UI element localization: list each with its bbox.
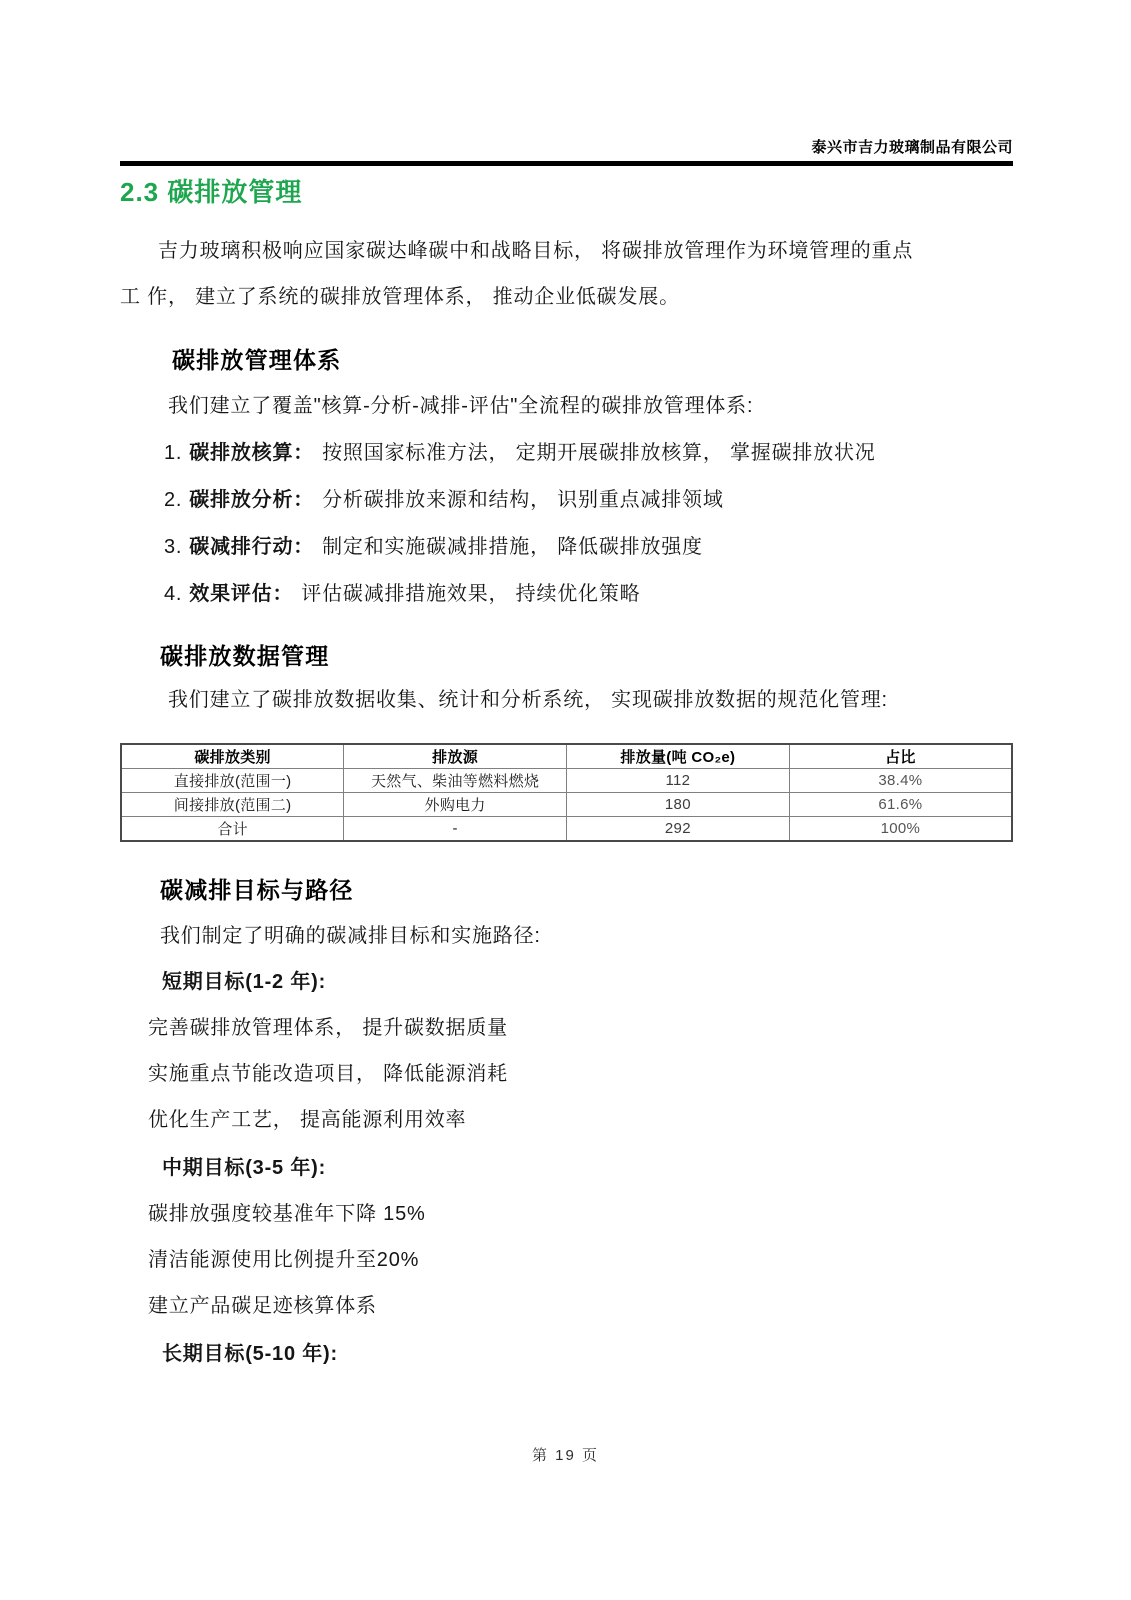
document-header: 泰兴市吉力玻璃制品有限公司 xyxy=(120,0,1013,166)
list-item-label: 碳减排行动 xyxy=(189,536,293,558)
goal-line: 完善碳排放管理体系， 提升碳数据质量 xyxy=(120,1016,1013,1040)
list-item: 4.效果评估：评估碳减排措施效果， 持续优化策略 xyxy=(120,582,1013,606)
table-header-row: 碳排放类别 排放源 排放量(吨 CO₂e) 占比 xyxy=(121,744,1012,769)
list-item-label: 碳排放分析 xyxy=(189,489,293,511)
emissions-table-body: 直接排放(范围一) 天然气、柴油等燃料燃烧 112 38.4% 间接排放(范围二… xyxy=(121,769,1012,842)
table-header-cell: 排放源 xyxy=(344,744,567,769)
section-heading-reduction-targets: 碳减排目标与路径 xyxy=(120,876,1013,904)
list-item: 2.碳排放分析：分析碳排放来源和结构， 识别重点减排领域 xyxy=(120,488,1013,512)
intro-paragraph: 吉力玻璃积极响应国家碳达峰碳中和战略目标， 将碳排放管理作为环境管理的重点 工 … xyxy=(120,228,1013,320)
table-cell: 38.4% xyxy=(789,769,1012,793)
list-item-separator: ： xyxy=(293,489,314,511)
intro-line: 吉力玻璃积极响应国家碳达峰碳中和战略目标， 将碳排放管理作为环境管理的重点 xyxy=(120,228,1013,274)
management-system-list: 1.碳排放核算：按照国家标准方法， 定期开展碳排放核算， 掌握碳排放状况 2.碳… xyxy=(120,441,1013,606)
company-name: 泰兴市吉力玻璃制品有限公司 xyxy=(811,139,1013,156)
goal-title-long-term: 长期目标(5-10 年): xyxy=(120,1342,1013,1366)
table-cell: 180 xyxy=(567,793,790,817)
goal-title-short-term: 短期目标(1-2 年): xyxy=(120,970,1013,994)
section-heading-data-management: 碳排放数据管理 xyxy=(120,642,1013,670)
table-row: 直接排放(范围一) 天然气、柴油等燃料燃烧 112 38.4% xyxy=(121,769,1012,793)
document-page: 泰兴市吉力玻璃制品有限公司 2.3 碳排放管理 吉力玻璃积极响应国家碳达峰碳中和… xyxy=(0,0,1131,1600)
table-cell: 外购电力 xyxy=(344,793,567,817)
list-item-number: 1. xyxy=(164,442,182,464)
list-item-text: 评估碳减排措施效果， 持续优化策略 xyxy=(301,583,640,605)
list-item-number: 2. xyxy=(164,489,182,511)
list-item-text: 按照国家标准方法， 定期开展碳排放核算， 掌握碳排放状况 xyxy=(322,442,876,464)
table-cell: 间接排放(范围二) xyxy=(121,793,344,817)
emissions-table: 碳排放类别 排放源 排放量(吨 CO₂e) 占比 直接排放(范围一) 天然气、柴… xyxy=(120,743,1013,842)
table-cell: 合计 xyxy=(121,817,344,842)
list-item: 1.碳排放核算：按照国家标准方法， 定期开展碳排放核算， 掌握碳排放状况 xyxy=(120,441,1013,465)
goal-line: 优化生产工艺， 提高能源利用效率 xyxy=(120,1108,1013,1132)
list-item-label: 效果评估 xyxy=(189,583,272,605)
list-item-number: 4. xyxy=(164,583,182,605)
table-row: 间接排放(范围二) 外购电力 180 61.6% xyxy=(121,793,1012,817)
emissions-table-head: 碳排放类别 排放源 排放量(吨 CO₂e) 占比 xyxy=(121,744,1012,769)
table-cell: 61.6% xyxy=(789,793,1012,817)
list-item-text: 制定和实施碳减排措施， 降低碳排放强度 xyxy=(322,536,703,558)
table-cell: 112 xyxy=(567,769,790,793)
table-cell: 天然气、柴油等燃料燃烧 xyxy=(344,769,567,793)
list-item-separator: ： xyxy=(272,583,293,605)
table-header-cell: 碳排放类别 xyxy=(121,744,344,769)
table-header-cell: 排放量(吨 CO₂e) xyxy=(567,744,790,769)
table-cell: 100% xyxy=(789,817,1012,842)
goal-line: 实施重点节能改造项目， 降低能源消耗 xyxy=(120,1062,1013,1086)
goal-title-mid-term: 中期目标(3-5 年): xyxy=(120,1156,1013,1180)
page-content: 泰兴市吉力玻璃制品有限公司 2.3 碳排放管理 吉力玻璃积极响应国家碳达峰碳中和… xyxy=(0,0,1131,1366)
table-cell: - xyxy=(344,817,567,842)
list-item-text: 分析碳排放来源和结构， 识别重点减排领域 xyxy=(322,489,724,511)
section-heading-management-system: 碳排放管理体系 xyxy=(120,346,1013,374)
list-item-separator: ： xyxy=(293,442,314,464)
goal-line: 碳排放强度较基准年下降 15% xyxy=(120,1202,1013,1226)
list-item-separator: ： xyxy=(293,536,314,558)
list-item: 3.碳减排行动：制定和实施碳减排措施， 降低碳排放强度 xyxy=(120,535,1013,559)
data-management-intro: 我们建立了碳排放数据收集、统计和分析系统， 实现碳排放数据的规范化管理: xyxy=(120,688,1013,712)
footer-page-number: 第 19 页 xyxy=(0,1444,1131,1465)
goal-line: 建立产品碳足迹核算体系 xyxy=(120,1294,1013,1318)
list-item-number: 3. xyxy=(164,536,182,558)
management-system-intro: 我们建立了覆盖"核算-分析-减排-评估"全流程的碳排放管理体系: xyxy=(120,394,1013,418)
page-title: 2.3 碳排放管理 xyxy=(120,176,1013,208)
table-cell: 292 xyxy=(567,817,790,842)
table-cell: 直接排放(范围一) xyxy=(121,769,344,793)
goal-line: 清洁能源使用比例提升至20% xyxy=(120,1248,1013,1272)
reduction-targets-intro: 我们制定了明确的碳减排目标和实施路径: xyxy=(120,924,1013,948)
intro-line: 工 作， 建立了系统的碳排放管理体系， 推动企业低碳发展。 xyxy=(120,274,1013,320)
table-row: 合计 - 292 100% xyxy=(121,817,1012,842)
list-item-label: 碳排放核算 xyxy=(189,442,293,464)
table-header-cell: 占比 xyxy=(789,744,1012,769)
